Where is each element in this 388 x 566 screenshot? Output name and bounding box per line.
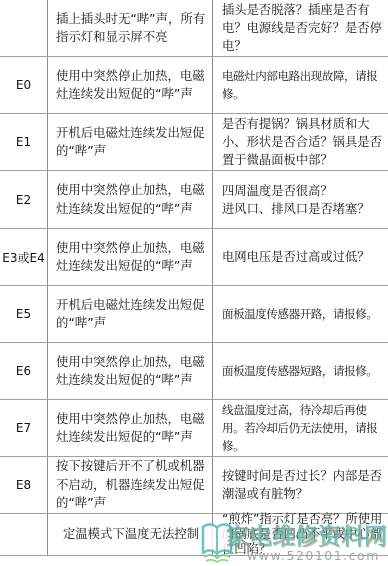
cause-cell: 四周温度是否很高？ 进风口、排风口是否堵塞？ bbox=[213, 171, 388, 228]
table-row: E0 使用中突然停止加热，电磁灶连续发出短促的“哔”声 电磁灶内部电路出现故障，… bbox=[0, 57, 388, 114]
cause-text: 电网电压是否过高或过低？ bbox=[222, 248, 370, 266]
symptom-cell: 使用中突然停止加热，电磁灶连续发出短促的“哔”声 bbox=[48, 343, 213, 399]
symptom-text: 定温模式下温度无法控制 bbox=[63, 525, 199, 544]
cause-text: “煎炸”指示灯是否亮？所使用的锅底是否凹凸不平或中心部位凹陷？ bbox=[222, 512, 384, 557]
cause-cell: 电磁灶内部电路出现故障，请报修。 bbox=[213, 57, 388, 113]
error-code-cell: E3或E4 bbox=[0, 229, 48, 285]
error-code: E0 bbox=[16, 78, 31, 92]
error-code-cell bbox=[0, 0, 48, 56]
cause-text: 电磁灶内部电路出现故障，请报修。 bbox=[222, 67, 384, 103]
error-code-cell: E0 bbox=[0, 57, 48, 113]
table-row: E7 使用中突然停止加热，电磁灶连续发出短促的“哔”声 线盘温度过高，待冷却后再… bbox=[0, 400, 388, 457]
error-code-cell: E2 bbox=[0, 171, 48, 228]
symptom-cell: 开机后电磁灶连续发出短促的“哔”声 bbox=[48, 286, 213, 342]
cause-text: 按键时间是否过长？内部是否潮湿或有脏物？ bbox=[222, 467, 384, 503]
symptom-cell: 定温模式下温度无法控制 bbox=[48, 514, 213, 555]
cause-cell: 线盘温度过高，待冷却后再使用。若冷却后仍无法使用，请报修。 bbox=[213, 400, 388, 456]
cause-cell: 插头是否脱落？插座是否有电？电源线是否完好？是否停电？ bbox=[213, 0, 388, 56]
cause-cell: 电网电压是否过高或过低？ bbox=[213, 229, 388, 285]
error-code: E7 bbox=[16, 421, 31, 435]
symptom-cell: 开机后电磁灶连续发出短促的“哔”声 bbox=[48, 114, 213, 170]
cause-cell: “煎炸”指示灯是否亮？所使用的锅底是否凹凸不平或中心部位凹陷？ bbox=[213, 514, 388, 555]
symptom-text: 使用中突然停止加热，电磁灶连续发出短促的“哔”声 bbox=[56, 67, 206, 104]
symptom-text: 使用中突然停止加热，电磁灶连续发出短促的“哔”声 bbox=[56, 239, 206, 276]
symptom-cell: 按下按键后开不了机或机器不启动，机器连续发出短促的“哔”声 bbox=[48, 457, 213, 513]
symptom-cell: 使用中突然停止加热，电磁灶连续发出短促的“哔”声 bbox=[48, 229, 213, 285]
cause-text: 是否有提锅？锅具材质和大小、形状是否合适？锅具是否置于微晶面板中部？ bbox=[222, 115, 384, 169]
symptom-cell: 插上插头时无“哔”声，所有指示灯和显示屏不亮 bbox=[48, 0, 213, 56]
cause-text: 面板温度传感器短路，请报修。 bbox=[222, 362, 377, 380]
symptom-text: 使用中突然停止加热，电磁灶连续发出短促的“哔”声 bbox=[56, 410, 206, 447]
error-code: E5 bbox=[16, 307, 31, 321]
symptom-text: 使用中突然停止加热，电磁灶连续发出短促的“哔”声 bbox=[56, 353, 206, 390]
table-row: E8 按下按键后开不了机或机器不启动，机器连续发出短促的“哔”声 按键时间是否过… bbox=[0, 457, 388, 514]
error-code-cell: E5 bbox=[0, 286, 48, 342]
cause-cell: 是否有提锅？锅具材质和大小、形状是否合适？锅具是否置于微晶面板中部？ bbox=[213, 114, 388, 170]
cause-cell: 面板温度传感器短路，请报修。 bbox=[213, 343, 388, 399]
symptom-cell: 使用中突然停止加热，电磁灶连续发出短促的“哔”声 bbox=[48, 171, 213, 228]
error-code: E8 bbox=[16, 478, 31, 492]
error-code-cell: E8 bbox=[0, 457, 48, 513]
error-code: E1 bbox=[16, 135, 31, 149]
cause-text: 面板温度传感器开路，请报修。 bbox=[222, 305, 377, 323]
symptom-text: 开机后电磁灶连续发出短促的“哔”声 bbox=[56, 296, 206, 333]
error-code: E6 bbox=[16, 364, 31, 378]
table-row: E5 开机后电磁灶连续发出短促的“哔”声 面板温度传感器开路，请报修。 bbox=[0, 286, 388, 343]
error-code-cell bbox=[0, 514, 48, 555]
error-code: E3或E4 bbox=[2, 249, 44, 266]
error-code-cell: E7 bbox=[0, 400, 48, 456]
symptom-cell: 使用中突然停止加热，电磁灶连续发出短促的“哔”声 bbox=[48, 400, 213, 456]
symptom-text: 开机后电磁灶连续发出短促的“哔”声 bbox=[56, 124, 206, 161]
table-row: E3或E4 使用中突然停止加热，电磁灶连续发出短促的“哔”声 电网电压是否过高或… bbox=[0, 229, 388, 286]
table-row: E1 开机后电磁灶连续发出短促的“哔”声 是否有提锅？锅具材质和大小、形状是否合… bbox=[0, 114, 388, 171]
table-row: E6 使用中突然停止加热，电磁灶连续发出短促的“哔”声 面板温度传感器短路，请报… bbox=[0, 343, 388, 400]
error-code-cell: E1 bbox=[0, 114, 48, 170]
symptom-cell: 使用中突然停止加热，电磁灶连续发出短促的“哔”声 bbox=[48, 57, 213, 113]
symptom-text: 插上插头时无“哔”声，所有指示灯和显示屏不亮 bbox=[56, 10, 206, 47]
table-row: 插上插头时无“哔”声，所有指示灯和显示屏不亮 插头是否脱落？插座是否有电？电源线… bbox=[0, 0, 388, 57]
cause-text: 四周温度是否很高？ 进风口、排风口是否堵塞？ bbox=[222, 182, 370, 218]
cause-text: 线盘温度过高，待冷却后再使用。若冷却后仍无法使用，请报修。 bbox=[222, 401, 384, 455]
cause-text: 插头是否脱落？插座是否有电？电源线是否完好？是否停电？ bbox=[222, 1, 384, 55]
error-code-table: 插上插头时无“哔”声，所有指示灯和显示屏不亮 插头是否脱落？插座是否有电？电源线… bbox=[0, 0, 388, 556]
symptom-text: 按下按键后开不了机或机器不启动，机器连续发出短促的“哔”声 bbox=[56, 457, 206, 513]
cause-cell: 按键时间是否过长？内部是否潮湿或有脏物？ bbox=[213, 457, 388, 513]
error-code-cell: E6 bbox=[0, 343, 48, 399]
error-code: E2 bbox=[16, 193, 31, 207]
cause-cell: 面板温度传感器开路，请报修。 bbox=[213, 286, 388, 342]
table-row: E2 使用中突然停止加热，电磁灶连续发出短促的“哔”声 四周温度是否很高？ 进风… bbox=[0, 171, 388, 229]
manual-page: 插上插头时无“哔”声，所有指示灯和显示屏不亮 插头是否脱落？插座是否有电？电源线… bbox=[0, 0, 388, 566]
table-row: 定温模式下温度无法控制 “煎炸”指示灯是否亮？所使用的锅底是否凹凸不平或中心部位… bbox=[0, 514, 388, 556]
symptom-text: 使用中突然停止加热，电磁灶连续发出短促的“哔”声 bbox=[56, 181, 206, 218]
